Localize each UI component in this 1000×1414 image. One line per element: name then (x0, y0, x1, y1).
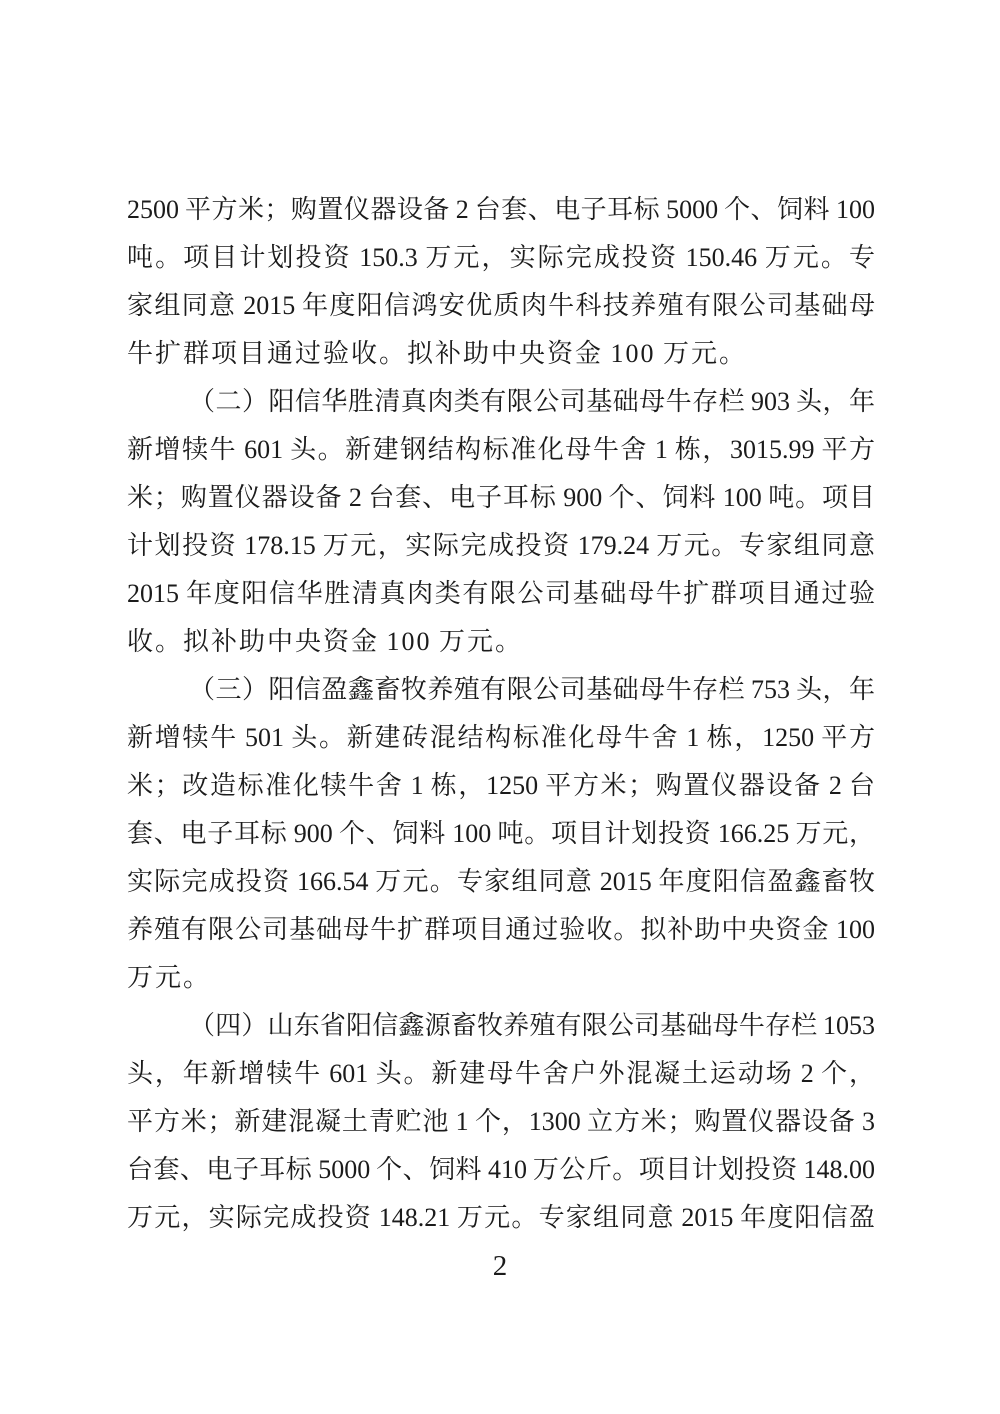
text-line: 计划投资 178.15 万元，实际完成投资 179.24 万元。专家组同意 (127, 522, 875, 570)
text-line: 套、电子耳标 900 个、饲料 100 吨。项目计划投资 166.25 万元， (127, 810, 875, 858)
text-line: 家组同意 2015 年度阳信鸿安优质肉牛科技养殖有限公司基础母 (127, 282, 875, 330)
text-line: （三）阳信盈鑫畜牧养殖有限公司基础母牛存栏 753 头，年 (127, 666, 875, 714)
text-line: 吨。项目计划投资 150.3 万元，实际完成投资 150.46 万元。专 (127, 234, 875, 282)
document-page: 2500 平方米；购置仪器设备 2 台套、电子耳标 5000 个、饲料 100 … (0, 0, 1000, 1414)
text-line: （四）山东省阳信鑫源畜牧养殖有限公司基础母牛存栏 1053 (127, 1002, 875, 1050)
text-line: 新增犊牛 501 头。新建砖混结构标准化母牛舍 1 栋，1250 平方 (127, 714, 875, 762)
text-line: 头，年新增犊牛 601 头。新建母牛舍户外混凝土运动场 2 个，2100 (127, 1050, 875, 1098)
text-line: 2015 年度阳信华胜清真肉类有限公司基础母牛扩群项目通过验 (127, 570, 875, 618)
text-line: 万元。 (127, 954, 875, 1002)
text-line: 牛扩群项目通过验收。拟补助中央资金 100 万元。 (127, 330, 875, 378)
text-line: 新增犊牛 601 头。新建钢结构标准化母牛舍 1 栋，3015.99 平方 (127, 426, 875, 474)
text-line: 2500 平方米；购置仪器设备 2 台套、电子耳标 5000 个、饲料 100 (127, 186, 875, 234)
text-body: 2500 平方米；购置仪器设备 2 台套、电子耳标 5000 个、饲料 100 … (127, 186, 875, 1242)
text-line: 养殖有限公司基础母牛扩群项目通过验收。拟补助中央资金 100 (127, 906, 875, 954)
text-line: 平方米；新建混凝土青贮池 1 个，1300 立方米；购置仪器设备 3 (127, 1098, 875, 1146)
text-line: 米；改造标准化犊牛舍 1 栋，1250 平方米；购置仪器设备 2 台 (127, 762, 875, 810)
page-number: 2 (0, 1248, 1000, 1284)
text-line: 米；购置仪器设备 2 台套、电子耳标 900 个、饲料 100 吨。项目 (127, 474, 875, 522)
text-line: （二）阳信华胜清真肉类有限公司基础母牛存栏 903 头，年 (127, 378, 875, 426)
text-line: 实际完成投资 166.54 万元。专家组同意 2015 年度阳信盈鑫畜牧 (127, 858, 875, 906)
text-line: 万元，实际完成投资 148.21 万元。专家组同意 2015 年度阳信盈 (127, 1194, 875, 1242)
text-line: 台套、电子耳标 5000 个、饲料 410 万公斤。项目计划投资 148.00 (127, 1146, 875, 1194)
text-line: 收。拟补助中央资金 100 万元。 (127, 618, 875, 666)
